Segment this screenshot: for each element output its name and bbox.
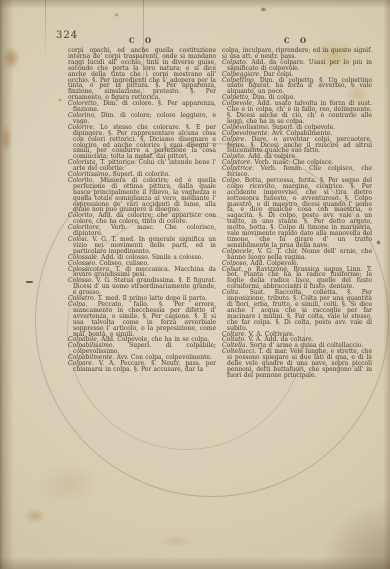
entry-headword: Colpabilissimo [68, 342, 113, 349]
left-column: C O corpi opachi, ed anche quella costit… [68, 36, 216, 373]
dictionary-entry: Colorito. Maniera di colorire; ed è quel… [68, 178, 216, 213]
entry-headword: Colpare [68, 360, 92, 367]
dictionary-entry: Colpa. Peccato, fallo. §. Per errore, ma… [68, 302, 216, 337]
running-head-right: C O [222, 36, 372, 45]
dictionary-entry: Colta. Sust. Raccolta, colletta. §. Per … [222, 290, 372, 331]
entry-headword: Colosso [68, 277, 92, 284]
ink-speck [260, 7, 267, 12]
scanned-book-page: 324 C O corpi opachi, ed anche quella co… [0, 0, 390, 569]
ink-speck [58, 98, 62, 102]
entry-headword: Colorista [68, 159, 96, 166]
entry-headword: Coloritore [68, 224, 99, 231]
right-column: C O colpa, inculpare, riprendere; ed in … [222, 36, 372, 379]
dictionary-entry: Colpettino, Dim. di colpetto. §. Un colp… [222, 78, 372, 96]
entry-headword: Colpitrice [222, 165, 252, 172]
foxing-stain [158, 534, 194, 548]
entry-headword: Colosi [68, 236, 87, 243]
dictionary-entry: Colpire. Dare, o avventar colpi, percuot… [222, 137, 372, 155]
foxing-stain [0, 124, 12, 154]
entry-headword: Colpato [222, 59, 246, 66]
dictionary-entry: Coltellacci. T. di mar. Vele lunghe, e s… [222, 349, 372, 379]
entry-headword: Coloretto [68, 100, 97, 107]
ink-speck [114, 13, 119, 17]
foxing-stain [24, 508, 46, 524]
dictionary-entry: Colpo. Botta, percossa, ferita. §. Per s… [222, 178, 372, 249]
entry-headword: Colpa [68, 301, 86, 308]
entry-continuation: corpi opachi, ed anche quella costituzio… [68, 48, 216, 101]
dictionary-entry: Colosso. V. G. Statua grandissima. §. E … [68, 278, 216, 296]
running-head-left: C O [68, 36, 216, 45]
entry-headword: Colsat [222, 266, 241, 273]
entry-headword: Colpocele [222, 248, 252, 255]
entry-headword: Colpo [222, 177, 240, 184]
entry-headword: Colorito [68, 212, 93, 219]
ink-speck [376, 240, 381, 245]
foxing-stain [2, 46, 20, 70]
entry-headword: Colpevole [222, 100, 252, 107]
foxing-stain [36, 462, 100, 506]
entry-headword: Coltellacci [222, 348, 254, 355]
entry-headword: Colorito [68, 177, 93, 184]
margin-mark [26, 281, 33, 283]
dictionary-entry: Colosi. V. G. T. med. In generale signif… [68, 237, 216, 255]
left-column-text: corpi opachi, ed anche quella costituzio… [68, 48, 216, 373]
right-column-text: colpa, inculpare, riprendere; ed in ques… [222, 48, 372, 379]
entry-headword: Colossicotera [68, 266, 109, 273]
paper-crease [45, 0, 46, 62]
dictionary-entry: Colpevole, Add. usato talvolta in forza … [222, 101, 372, 125]
entry-headword: Colorire [68, 124, 93, 131]
dictionary-entry: Colpare. V. A. Peccare. §. Neutr. pass. … [68, 361, 216, 373]
dictionary-entry: Colsat, o Ravizzone, Brassica napus Linn… [222, 267, 372, 291]
entry-headword: Colpire [222, 136, 244, 143]
dictionary-entry: Colorire. Lo stesso che colorare. §. E p… [68, 125, 216, 160]
entry-headword: Colpettino [222, 77, 254, 84]
entry-headword: Colorino [68, 112, 94, 119]
entry-headword: Colta [222, 289, 238, 296]
